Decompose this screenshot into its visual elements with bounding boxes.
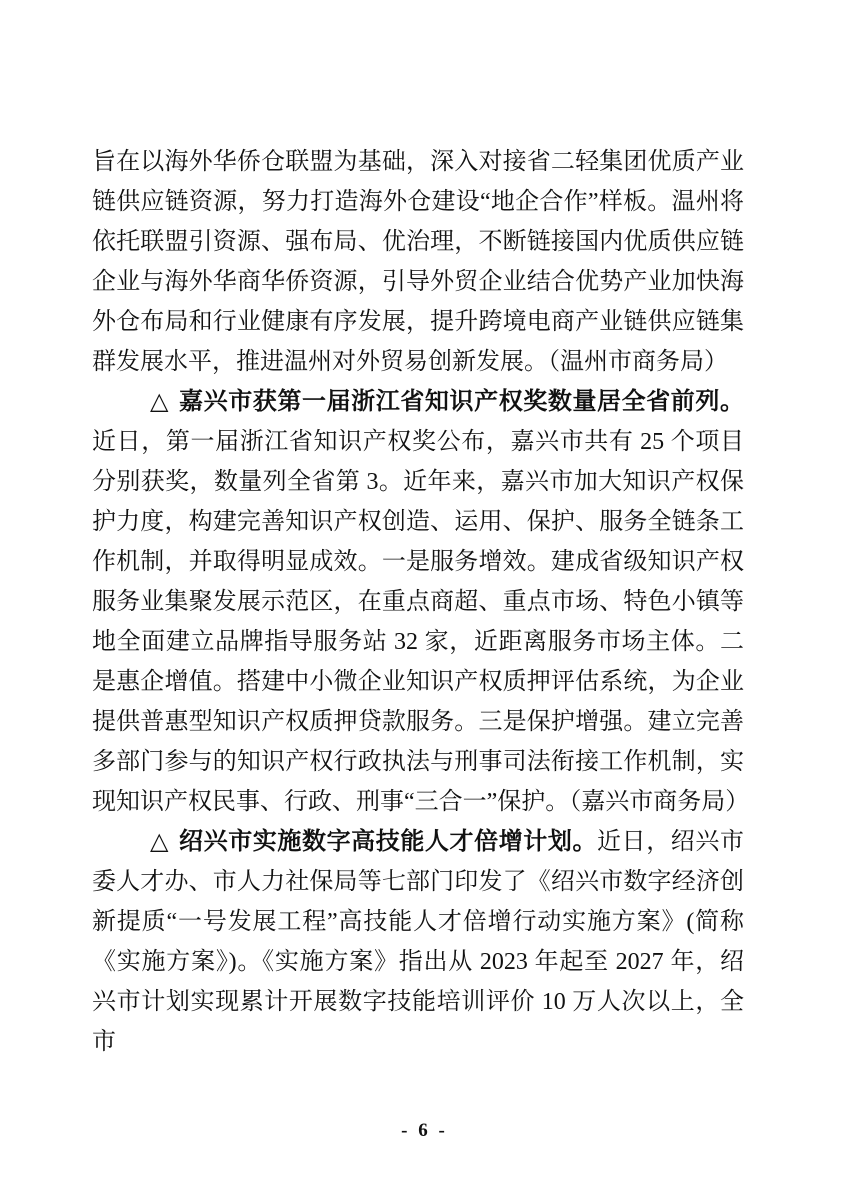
triangle-bullet-icon: △ [150,389,169,415]
document-page: 旨在以海外华侨仓联盟为基础，深入对接省二轻集团优质产业链供应链资源，努力打造海外… [0,0,849,1200]
paragraph-text: 近日，第一届浙江省知识产权奖公布，嘉兴市共有 25 个项目分别获奖，数量列全省第… [92,429,749,815]
paragraph-title: 嘉兴市获第一届浙江省知识产权奖数量居全省前列。 [179,389,744,415]
paragraph-wenzhou-continuation: 旨在以海外华侨仓联盟为基础，深入对接省二轻集团优质产业链供应链资源，努力打造海外… [92,142,744,382]
paragraph-title: 绍兴市实施数字高技能人才倍增计划。 [179,829,597,855]
paragraph-text: 近日，绍兴市委人才办、市人力社保局等七部门印发了《绍兴市数字经济创新提质“一号发… [92,829,744,1055]
document-body: 旨在以海外华侨仓联盟为基础，深入对接省二轻集团优质产业链供应链资源，努力打造海外… [92,142,744,1062]
paragraph-text: 旨在以海外华侨仓联盟为基础，深入对接省二轻集团优质产业链供应链资源，努力打造海外… [92,149,744,375]
paragraph-shaoxing-digital-talent: △绍兴市实施数字高技能人才倍增计划。近日，绍兴市委人才办、市人力社保局等七部门印… [92,822,744,1062]
triangle-bullet-icon: △ [150,829,169,855]
page-number: - 6 - [0,1120,849,1142]
paragraph-jiaxing-ip-award: △嘉兴市获第一届浙江省知识产权奖数量居全省前列。近日，第一届浙江省知识产权奖公布… [92,382,744,822]
